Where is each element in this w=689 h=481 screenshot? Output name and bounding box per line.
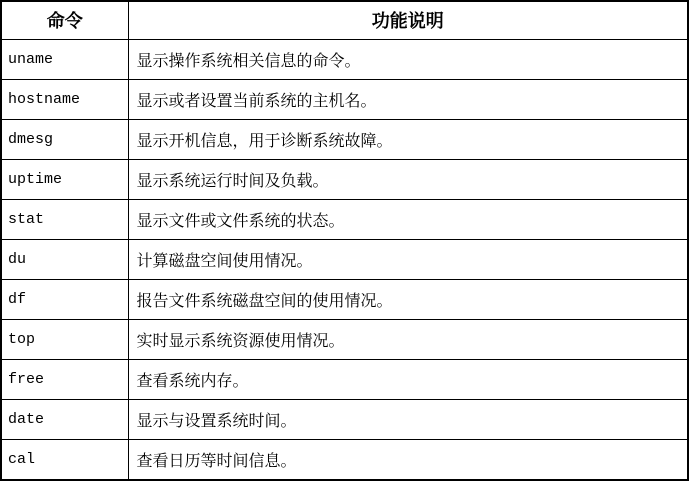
command-column-header: 命令 [1,1,128,39]
table-row: dmesg 显示开机信息，用于诊断系统故障。 [1,119,688,159]
table-row: uptime 显示系统运行时间及负载。 [1,159,688,199]
command-cell: free [1,360,128,400]
table-header-row: 命令 功能说明 [1,1,688,39]
table-row: date 显示与设置系统时间。 [1,400,688,440]
description-cell: 查看日历等时间信息。 [128,440,688,480]
table-row: uname 显示操作系统相关信息的命令。 [1,39,688,79]
table-row: cal 查看日历等时间信息。 [1,440,688,480]
command-cell: hostname [1,79,128,119]
description-cell: 显示与设置系统时间。 [128,400,688,440]
command-cell: uname [1,39,128,79]
command-cell: du [1,239,128,279]
description-cell: 显示文件或文件系统的状态。 [128,199,688,239]
description-cell: 查看系统内存。 [128,360,688,400]
description-cell: 实时显示系统资源使用情况。 [128,320,688,360]
description-cell: 报告文件系统磁盘空间的使用情况。 [128,279,688,319]
command-cell: df [1,279,128,319]
description-cell: 显示开机信息，用于诊断系统故障。 [128,119,688,159]
table-row: top 实时显示系统资源使用情况。 [1,320,688,360]
description-cell: 显示或者设置当前系统的主机名。 [128,79,688,119]
table-row: du 计算磁盘空间使用情况。 [1,239,688,279]
table-row: df 报告文件系统磁盘空间的使用情况。 [1,279,688,319]
linux-commands-table-container: 命令 功能说明 uname 显示操作系统相关信息的命令。 hostname 显示… [0,0,689,481]
table-row: stat 显示文件或文件系统的状态。 [1,199,688,239]
description-cell: 计算磁盘空间使用情况。 [128,239,688,279]
linux-commands-table: 命令 功能说明 uname 显示操作系统相关信息的命令。 hostname 显示… [0,0,689,481]
command-cell: uptime [1,159,128,199]
table-row: hostname 显示或者设置当前系统的主机名。 [1,79,688,119]
command-cell: stat [1,199,128,239]
table-row: free 查看系统内存。 [1,360,688,400]
description-column-header: 功能说明 [128,1,688,39]
description-cell: 显示系统运行时间及负载。 [128,159,688,199]
command-cell: dmesg [1,119,128,159]
command-cell: cal [1,440,128,480]
command-cell: top [1,320,128,360]
command-cell: date [1,400,128,440]
description-cell: 显示操作系统相关信息的命令。 [128,39,688,79]
